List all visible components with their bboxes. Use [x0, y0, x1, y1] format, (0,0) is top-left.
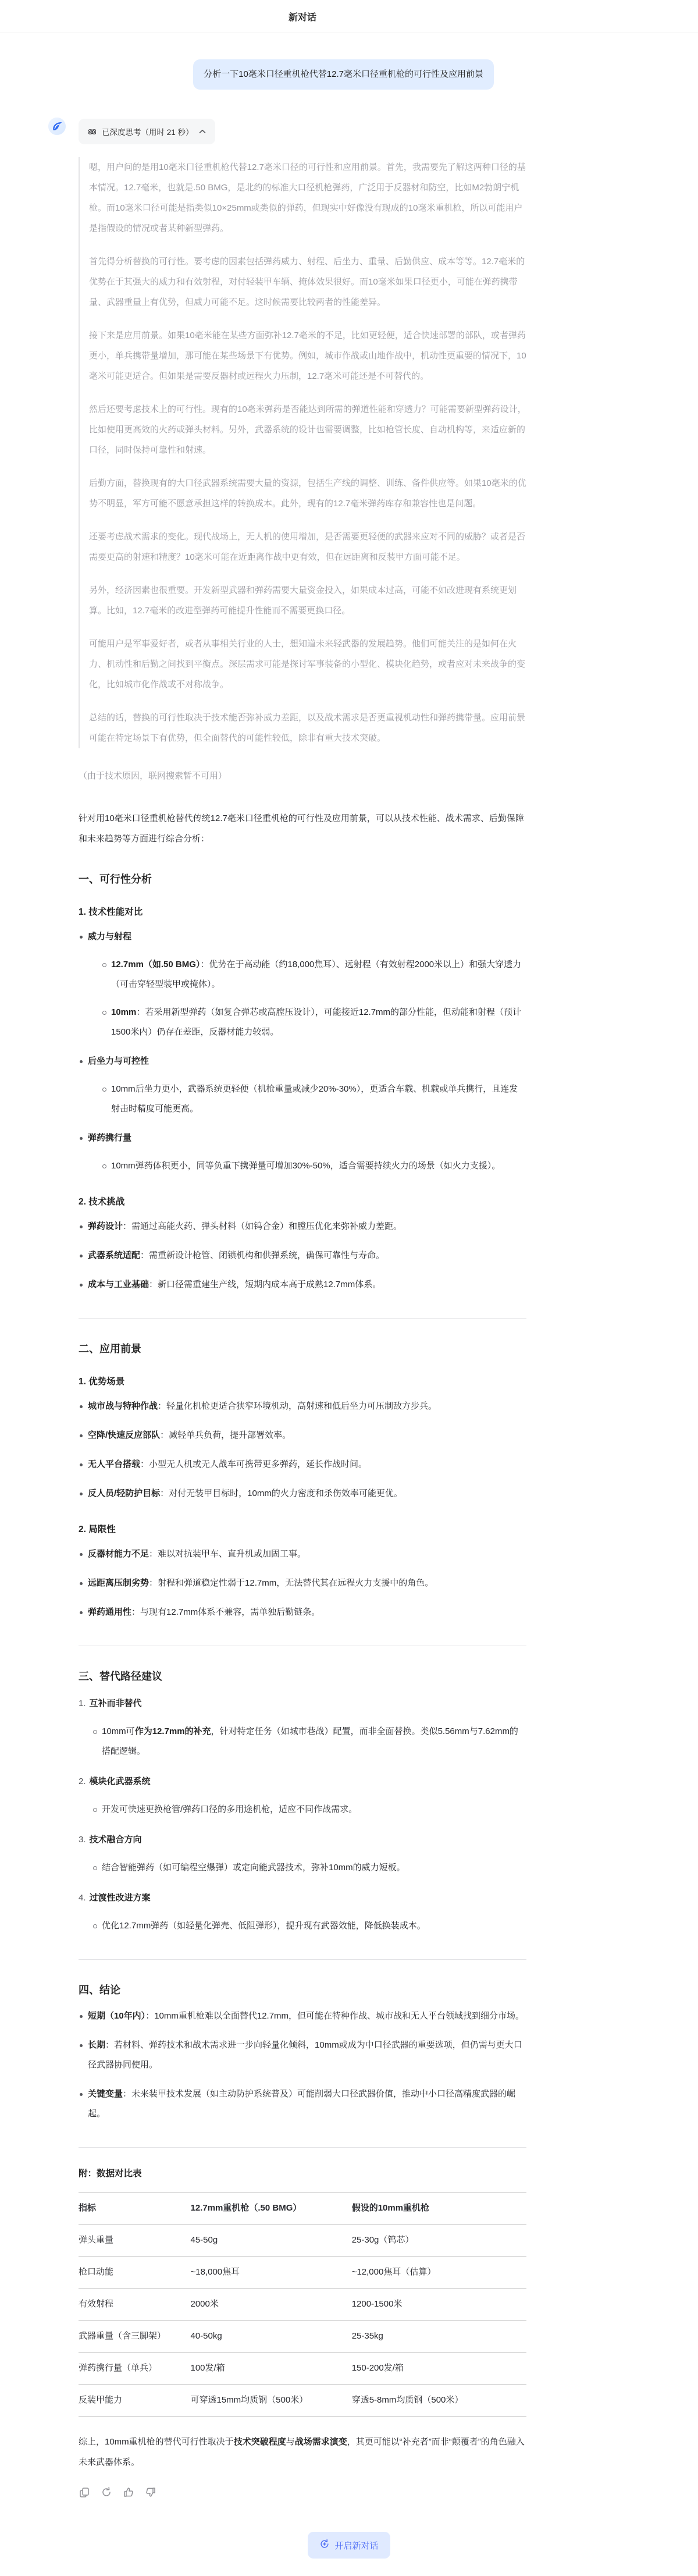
user-message-row: 分析一下10毫米口径重机枪代替12.7毫米口径重机枪的可行性及应用前景	[79, 59, 526, 90]
list-item: 无人平台搭载：小型无人机或无人战车可携带更多弹药，延长作战时间。	[79, 1455, 526, 1474]
copy-icon	[79, 2486, 90, 2498]
table-header-cell: 指标	[79, 2193, 191, 2225]
limitations-list: 反器材能力不足：难以对抗装甲车、直升机或加固工事。 远距离压制劣势：射程和弹道稳…	[79, 1544, 526, 1622]
table-row: 反装甲能力 可穿透15mm均质钢（500米） 穿透5-8mm均质钢（500米）	[79, 2385, 526, 2417]
footer: 开启新对话	[125, 2532, 573, 2559]
advantages-list: 城市战与特种作战：轻量化机枪更适合狭窄环境机动，高射速和低后坐力可压制敌方步兵。…	[79, 1397, 526, 1504]
chevron-up-icon	[199, 129, 206, 134]
section-divider	[79, 1318, 526, 1319]
list-item: 优化12.7mm弹药（如轻量化弹壳、低阻弹形），提升现有武器效能，降低换装成本。	[92, 1916, 526, 1936]
list-item: 开发可快速更换枪管/弹药口径的多用途机枪，适应不同作战需求。	[92, 1800, 526, 1820]
list-item: 反人员/轻防护目标：对付无装甲目标时，10mm的火力密度和杀伤效率可能更优。	[79, 1484, 526, 1504]
closing-paragraph: 综上，10mm重机枪的替代可行性取决于技术突破程度与战场需求演变，其更可能以“补…	[79, 2432, 526, 2472]
list-item: 4.过渡性改进方案 优化12.7mm弹药（如轻量化弹壳、低阻弹形），提升现有武器…	[79, 1888, 526, 1936]
list-item: 远距离压制劣势：射程和弹道稳定性弱于12.7mm，无法替代其在远程火力支援中的角…	[79, 1573, 526, 1593]
topbar: 新对话	[0, 0, 698, 33]
list-item: 成本与工业基础：新口径需重建生产线，短期内成本高于成熟12.7mm体系。	[79, 1275, 526, 1295]
list-item: 关键变量：未来装甲技术发展（如主动防护系统普及）可能削弱大口径武器价值，推动中小…	[79, 2084, 526, 2124]
list-item: 长期：若材料、弹药技术和战术需求进一步向轻量化倾斜，10mm或成为中口径武器的重…	[79, 2035, 526, 2075]
regenerate-button[interactable]	[101, 2486, 112, 2498]
answer-intro: 针对用10毫米口径重机枪替代传统12.7毫米口径重机枪的可行性及应用前景，可以从…	[79, 808, 526, 849]
deep-think-label: 已深度思考（用时 21 秒）	[102, 126, 194, 137]
table-header-cell: 假设的10mm重机枪	[352, 2193, 526, 2225]
copy-button[interactable]	[79, 2486, 90, 2498]
list-item: 12.7mm（如.50 BMG）：优势在于高动能（约18,000焦耳）、远射程（…	[101, 955, 526, 994]
challenges-list: 弹药设计：需通过高能火药、弹头材料（如钨合金）和膛压优化来弥补威力差距。 武器系…	[79, 1217, 526, 1295]
table-row: 有效射程 2000米 1200-1500米	[79, 2289, 526, 2321]
list-item: 武器系统适配：需重新设计枪管、闭锁机构和供弹系统，确保可靠性与寿命。	[79, 1246, 526, 1266]
comparison-table: 指标 12.7mm重机枪（.50 BMG） 假设的10mm重机枪 弹头重量 45…	[79, 2192, 526, 2417]
list-item: 结合智能弹药（如可编程空爆弹）或定向能武器技术，弥补10mm的威力短板。	[92, 1858, 526, 1878]
list-item: 短期（10年内）：10mm重机枪难以全面替代12.7mm，但可能在特种作战、城市…	[79, 2006, 526, 2026]
list-item: 威力与射程 12.7mm（如.50 BMG）：优势在于高动能（约18,000焦耳…	[79, 927, 526, 1042]
deep-think-toggle[interactable]: 已深度思考（用时 21 秒）	[79, 119, 215, 144]
list-item: 弹药通用性：与现有12.7mm体系不兼容，需单独后勤链条。	[79, 1603, 526, 1622]
subsection-title-performance: 1. 技术性能对比	[79, 905, 526, 918]
list-item: 10mm弹药体积更小，同等负重下携弹量可增加30%-50%，适合需要持续火力的场…	[101, 1156, 526, 1176]
list-item: 弹药携行量 10mm弹药体积更小，同等负重下携弹量可增加30%-50%，适合需要…	[79, 1128, 526, 1176]
regenerate-icon	[101, 2486, 112, 2498]
chat-column: 分析一下10毫米口径重机枪代替12.7毫米口径重机枪的可行性及应用前景	[79, 59, 526, 2576]
thinking-paragraph: 后勤方面，替换现有的大口径武器系统需要大量的资源，包括生产线的调整、训练、备件供…	[89, 473, 526, 514]
list-item: 后坐力与可控性 10mm后坐力更小，武器系统更轻便（机枪重量或减少20%-30%…	[79, 1051, 526, 1119]
thinking-paragraph: 接下来是应用前景。如果10毫米能在某些方面弥补12.7毫米的不足，比如更轻便，适…	[89, 325, 526, 386]
appendix-title: 附：数据对比表	[79, 2166, 526, 2179]
section-title-conclusion: 四、结论	[79, 1982, 526, 1997]
paths-list: 1.互补而非替代 10mm可作为12.7mm的补充，针对特定任务（如城市巷战）配…	[79, 1694, 526, 1936]
thinking-paragraph: 总结的话，替换的可行性取决于技术能否弥补威力差距，以及战术需求是否更重视机动性和…	[89, 708, 526, 748]
table-header-cell: 12.7mm重机枪（.50 BMG）	[191, 2193, 352, 2225]
dislike-icon	[145, 2486, 156, 2498]
thinking-paragraph: 另外，经济因素也很重要。开发新型武器和弹药需要大量资金投入，如果成本过高，可能不…	[89, 580, 526, 621]
thinking-paragraph: 然后还要考虑技术上的可行性。现有的10毫米弹药是否能达到所需的弹道性能和穿透力？…	[89, 399, 526, 460]
like-button[interactable]	[123, 2486, 134, 2498]
list-item: 2.模块化武器系统 开发可快速更换枪管/弹药口径的多用途机枪，适应不同作战需求。	[79, 1772, 526, 1820]
assistant-answer: 针对用10毫米口径重机枪替代传统12.7毫米口径重机枪的可行性及应用前景，可以从…	[79, 808, 526, 2472]
section-title-feasibility: 一、可行性分析	[79, 871, 526, 886]
table-row: 弹头重量 45-50g 25-30g（钨芯）	[79, 2225, 526, 2257]
list-item: 10mm：若采用新型弹药（如复合弹芯或高膛压设计），可能接近12.7mm的部分性…	[101, 1003, 526, 1042]
page-title: 新对话	[289, 10, 316, 23]
message-actions	[79, 2486, 526, 2498]
list-item: 弹药设计：需通过高能火药、弹头材料（如钨合金）和膛压优化来弥补威力差距。	[79, 1217, 526, 1237]
new-chat-label: 开启新对话	[334, 2539, 378, 2552]
section-divider	[79, 1959, 526, 1960]
thinking-paragraph: 嗯，用户问的是用10毫米口径重机枪代替12.7毫米口径的可行性和应用前景。首先，…	[89, 157, 526, 239]
section-divider	[79, 1646, 526, 1646]
new-chat-icon	[319, 2539, 330, 2552]
assistant-content: 已深度思考（用时 21 秒） 嗯，用户问的是用10毫米口径重机枪代替12.7毫米…	[79, 119, 526, 2498]
like-icon	[123, 2486, 134, 2498]
thinking-paragraph: 可能用户是军事爱好者，或者从事相关行业的人士，想知道未来轻武器的发展趋势。他们可…	[89, 634, 526, 695]
dislike-button[interactable]	[145, 2486, 156, 2498]
user-message-bubble: 分析一下10毫米口径重机枪代替12.7毫米口径重机枪的可行性及应用前景	[193, 59, 494, 90]
subsection-title-challenges: 2. 技术挑战	[79, 1195, 526, 1207]
list-item: 空降/快速反应部队：减轻单兵负荷，提升部署效率。	[79, 1426, 526, 1445]
subsection-title-advantages: 1. 优势场景	[79, 1374, 526, 1387]
new-chat-button[interactable]: 开启新对话	[308, 2532, 390, 2559]
table-row: 弹药携行量（单兵） 100发/箱 150-200发/箱	[79, 2353, 526, 2385]
list-item: 10mm后坐力更小，武器系统更轻便（机枪重量或减少20%-30%），更适合车载、…	[101, 1079, 526, 1119]
deep-think-icon	[88, 127, 97, 136]
thinking-content: 嗯，用户问的是用10毫米口径重机枪代替12.7毫米口径的可行性和应用前景。首先，…	[79, 157, 526, 748]
table-header-row: 指标 12.7mm重机枪（.50 BMG） 假设的10mm重机枪	[79, 2193, 526, 2225]
section-title-prospects: 二、应用前景	[79, 1341, 526, 1356]
table-row: 枪口动能 ~18,000焦耳 ~12,000焦耳（估算）	[79, 2257, 526, 2289]
list-item: 城市战与特种作战：轻量化机枪更适合狭窄环境机动，高射速和低后坐力可压制敌方步兵。	[79, 1397, 526, 1416]
conclusion-list: 短期（10年内）：10mm重机枪难以全面替代12.7mm，但可能在特种作战、城市…	[79, 2006, 526, 2124]
assistant-avatar-icon	[48, 118, 66, 135]
search-unavailable-notice: （由于技术原因，联网搜索暂不可用）	[79, 766, 526, 786]
thinking-paragraph: 首先得分析替换的可行性。要考虑的因素包括弹药威力、射程、后坐力、重量、后勤供应、…	[89, 251, 526, 312]
list-item: 反器材能力不足：难以对抗装甲车、直升机或加固工事。	[79, 1544, 526, 1564]
list-item: 10mm可作为12.7mm的补充，针对特定任务（如城市巷战）配置，而非全面替换。…	[92, 1722, 526, 1761]
performance-list: 威力与射程 12.7mm（如.50 BMG）：优势在于高动能（约18,000焦耳…	[79, 927, 526, 1176]
subsection-title-limitations: 2. 局限性	[79, 1522, 526, 1535]
section-title-paths: 三、替代路径建议	[79, 1668, 526, 1683]
section-divider	[79, 2147, 526, 2148]
list-item: 3.技术融合方向 结合智能弹药（如可编程空爆弹）或定向能武器技术，弥补10mm的…	[79, 1830, 526, 1878]
thinking-paragraph: 还要考虑战术需求的变化。现代战场上，无人机的使用增加，是否需要更轻便的武器来应对…	[89, 527, 526, 567]
table-row: 武器重量（含三脚架） 40-50kg 25-35kg	[79, 2321, 526, 2353]
assistant-message-row: 已深度思考（用时 21 秒） 嗯，用户问的是用10毫米口径重机枪代替12.7毫米…	[79, 119, 526, 2498]
list-item: 1.互补而非替代 10mm可作为12.7mm的补充，针对特定任务（如城市巷战）配…	[79, 1694, 526, 1761]
